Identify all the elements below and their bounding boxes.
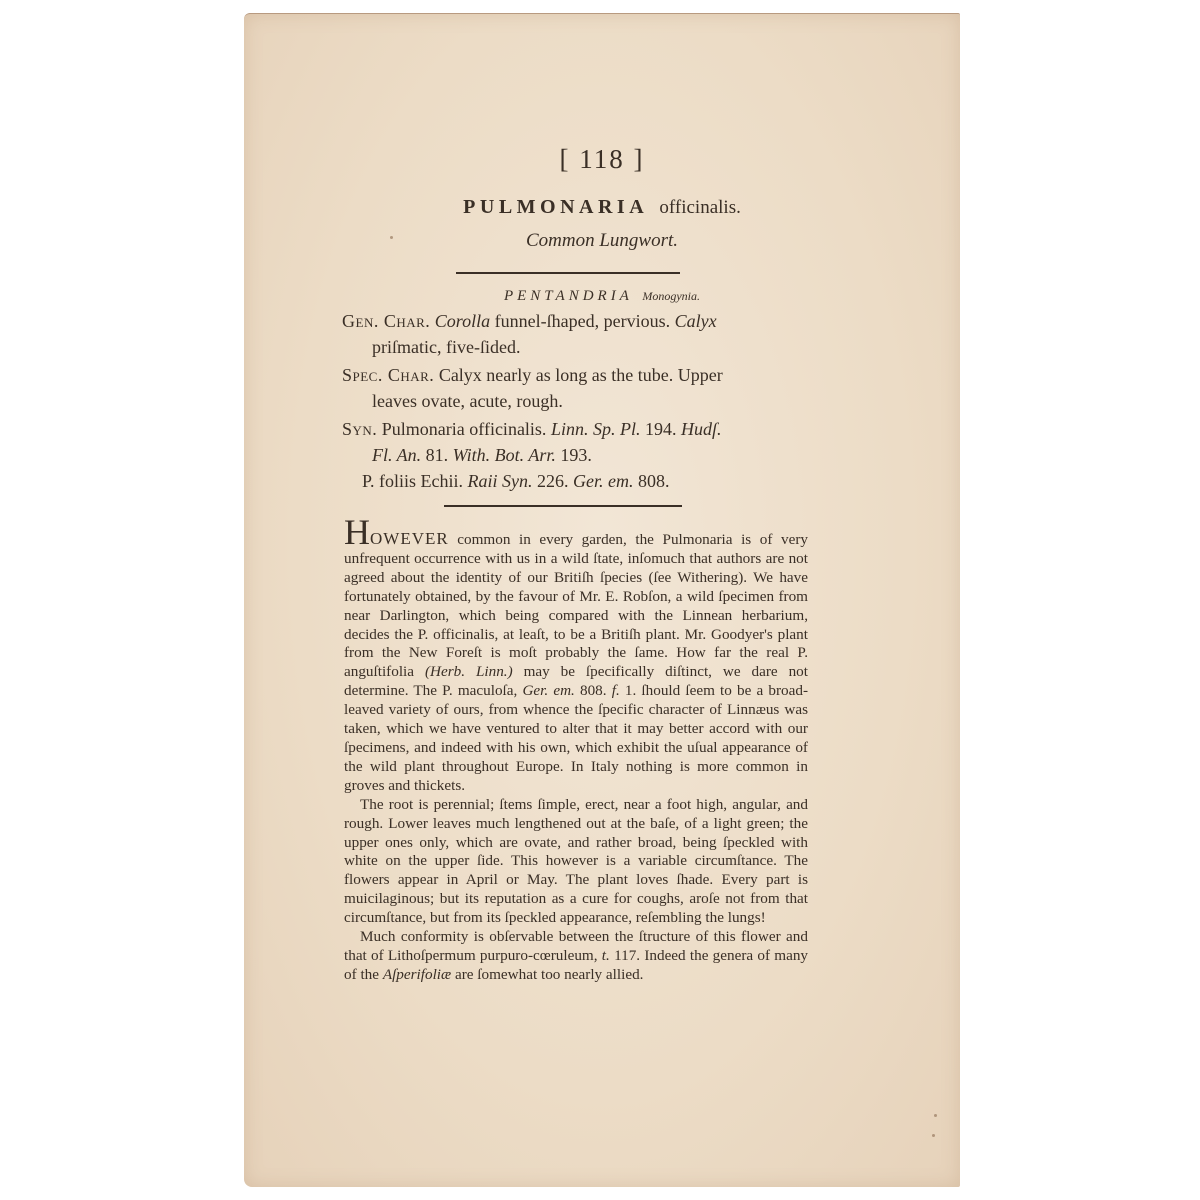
lead-word: OWEVER bbox=[370, 529, 449, 548]
italic-ref: Aſperifoliæ bbox=[383, 966, 451, 983]
syn-ref: Ger. em. bbox=[573, 471, 634, 491]
syn-ref: Fl. An. bbox=[372, 445, 421, 465]
paper-foxing bbox=[934, 1114, 937, 1117]
syn-text: P. foliis Echii. bbox=[362, 471, 468, 491]
gen-char-label: Gen. Char. bbox=[342, 311, 430, 331]
syn-label: Syn. bbox=[342, 419, 377, 439]
common-name: Common Lungwort. bbox=[244, 230, 960, 252]
paper-foxing bbox=[932, 1134, 935, 1137]
book-page: [ 118 ] PULMONARIA officinalis. Common L… bbox=[244, 13, 960, 1187]
genus-name: PULMONARIA bbox=[463, 196, 648, 218]
specific-character: Spec. Char. Calyx nearly as long as the … bbox=[342, 362, 812, 414]
linnaean-classification: PENTANDRIA Monogynia. bbox=[244, 288, 960, 305]
italic-ref: Ger. em. bbox=[522, 682, 574, 699]
class-name: PENTANDRIA bbox=[504, 288, 633, 304]
syn-ref: Raii Syn. bbox=[468, 471, 533, 491]
species-title: PULMONARIA officinalis. bbox=[244, 194, 960, 219]
page-number: [ 118 ] bbox=[244, 144, 960, 175]
paper-foxing bbox=[390, 236, 393, 239]
syn-ref-num: 226. bbox=[533, 471, 574, 491]
spec-char-label: Spec. Char. bbox=[342, 365, 434, 385]
syn-text: Pulmonaria officinalis. bbox=[377, 419, 551, 439]
synonymy: Syn. Pulmonaria officinalis. Linn. Sp. P… bbox=[342, 416, 812, 494]
drop-cap: H bbox=[344, 512, 370, 552]
syn-ref: Hudſ. bbox=[681, 419, 722, 439]
gen-char-text: funnel-ſhaped, pervious. bbox=[490, 311, 674, 331]
syn-ref-num: 808. bbox=[634, 471, 670, 491]
syn-ref-num: 194. bbox=[640, 419, 681, 439]
italic-ref: f. bbox=[612, 682, 620, 699]
order-name: Monogynia. bbox=[642, 289, 700, 303]
divider-top bbox=[456, 272, 680, 274]
paragraph-text: 808. bbox=[575, 682, 612, 699]
species-epithet: officinalis. bbox=[659, 197, 740, 218]
syn-ref: With. Bot. Arr. bbox=[453, 445, 556, 465]
spec-char-text: Calyx nearly as long as the tube. Upper bbox=[434, 365, 722, 385]
syn-ref: Linn. Sp. Pl. bbox=[551, 419, 641, 439]
gen-char-italic: Corolla bbox=[435, 311, 490, 331]
description-text: HOWEVER common in every garden, the Pulm… bbox=[344, 523, 808, 985]
generic-character: Gen. Char. Corolla funnel-ſhaped, pervio… bbox=[342, 308, 812, 360]
paragraph: Much conformity is obſervable between th… bbox=[344, 928, 808, 985]
divider-bottom bbox=[444, 505, 682, 507]
syn-ref-num: 193. bbox=[556, 445, 592, 465]
paragraph-text: common in every garden, the Pulmonaria i… bbox=[344, 531, 808, 680]
paragraph: HOWEVER common in every garden, the Pulm… bbox=[344, 523, 808, 796]
syn-ref-num: 81. bbox=[421, 445, 453, 465]
spec-char-line2: leaves ovate, acute, rough. bbox=[342, 388, 812, 414]
gen-char-italic-end: Calyx bbox=[675, 311, 717, 331]
paragraph: The root is perennial; ſtems ſimple, ere… bbox=[344, 796, 808, 928]
paragraph-text: are ſomewhat too nearly allied. bbox=[451, 966, 643, 983]
italic-ref: t. bbox=[602, 947, 610, 964]
gen-char-line2: priſmatic, five-ſided. bbox=[342, 334, 812, 360]
italic-ref: (Herb. Linn.) bbox=[425, 663, 513, 680]
